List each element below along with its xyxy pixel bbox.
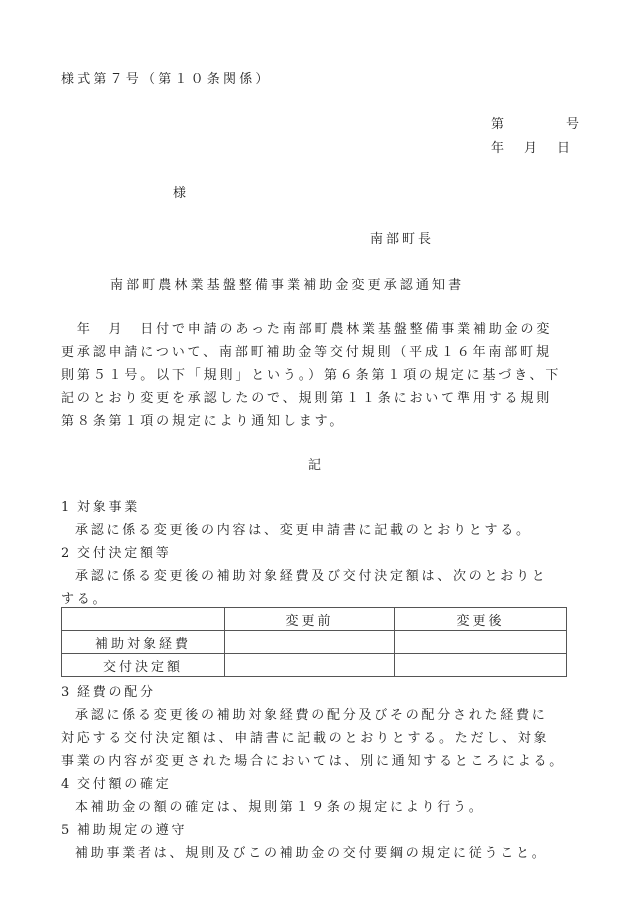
document-number-prefix: 第 [491, 113, 504, 132]
section-text: 対応する交付決定額は、申請書に記載のとおりとする。ただし、対象 [61, 727, 576, 750]
date-year: 年 [491, 141, 504, 156]
section-number: 2 [61, 542, 77, 565]
table-header-after: 変更後 [395, 608, 567, 631]
date-day: 日 [557, 141, 570, 156]
form-number: 様式第７号（第１０条関係） [61, 68, 272, 87]
section-title: 対象事業 [77, 500, 140, 515]
section-text: 本補助金の額の確定は、規則第１９条の規定により行う。 [61, 796, 576, 819]
body-line: 第８条第１項の規定により通知します。 [61, 410, 571, 433]
section-number: 4 [61, 773, 77, 796]
table-header-row: 変更前 変更後 [62, 608, 567, 631]
cell-before [225, 654, 395, 677]
section-heading: 3経費の配分 [61, 681, 576, 704]
table-row: 補助対象経費 [62, 631, 567, 654]
section-text: 補助事業者は、規則及びこの補助金の交付要綱の規定に従うこと。 [61, 842, 576, 865]
section-title: 交付決定額等 [77, 546, 172, 561]
body-line: 則第５１号。以下「規則」という。）第６条第１項の規定に基づき、下 [61, 364, 571, 387]
row-label: 交付決定額 [62, 654, 225, 677]
section-title: 経費の配分 [77, 685, 156, 700]
section-heading: 4交付額の確定 [61, 773, 576, 796]
section-heading: 1対象事業 [61, 496, 576, 519]
table-header-before: 変更前 [225, 608, 395, 631]
cell-before [225, 631, 395, 654]
sender: 南部町長 [370, 228, 434, 247]
cell-after [395, 654, 567, 677]
section-number: 5 [61, 819, 77, 842]
section-text: 事業の内容が変更された場合においては、別に通知するところによる。 [61, 750, 576, 773]
cell-after [395, 631, 567, 654]
addressee: 様 [173, 182, 189, 201]
document-number: 第号 [491, 113, 579, 132]
section-text: 承認に係る変更後の補助対象経費の配分及びその配分された経費に [61, 704, 576, 727]
section-title: 交付額の確定 [77, 777, 172, 792]
amounts-table: 変更前 変更後 補助対象経費 交付決定額 [61, 607, 567, 677]
body-paragraph: 年 月 日付で申請のあった南部町農林業基盤整備事業補助金の変 更承認申請について… [61, 318, 571, 433]
body-line: 年 月 日付で申請のあった南部町農林業基盤整備事業補助金の変 [61, 318, 571, 341]
table-header-cell [62, 608, 225, 631]
table-row: 交付決定額 [62, 654, 567, 677]
section-number: 3 [61, 681, 77, 704]
ki-label: 記 [308, 454, 321, 473]
body-line: 記のとおり変更を承認したので、規則第１１条において準用する規則 [61, 387, 571, 410]
section-number: 1 [61, 496, 77, 519]
section-title: 補助規定の遵守 [77, 823, 187, 838]
section-text: 承認に係る変更後の内容は、変更申請書に記載のとおりとする。 [61, 519, 576, 542]
section-heading: 2交付決定額等 [61, 542, 576, 565]
section-text: 承認に係る変更後の補助対象経費及び交付決定額は、次のとおりと [61, 565, 576, 588]
body-line: 更承認申請について、南部町補助金等交付規則（平成１６年南部町規 [61, 341, 571, 364]
document-number-suffix: 号 [566, 113, 579, 132]
row-label: 補助対象経費 [62, 631, 225, 654]
date-month: 月 [524, 141, 537, 156]
document-title: 南部町農林業基盤整備事業補助金変更承認通知書 [110, 274, 464, 293]
document-date: 年月日 [491, 137, 570, 156]
section-heading: 5補助規定の遵守 [61, 819, 576, 842]
sections: 1対象事業 承認に係る変更後の内容は、変更申請書に記載のとおりとする。 2交付決… [61, 496, 576, 865]
